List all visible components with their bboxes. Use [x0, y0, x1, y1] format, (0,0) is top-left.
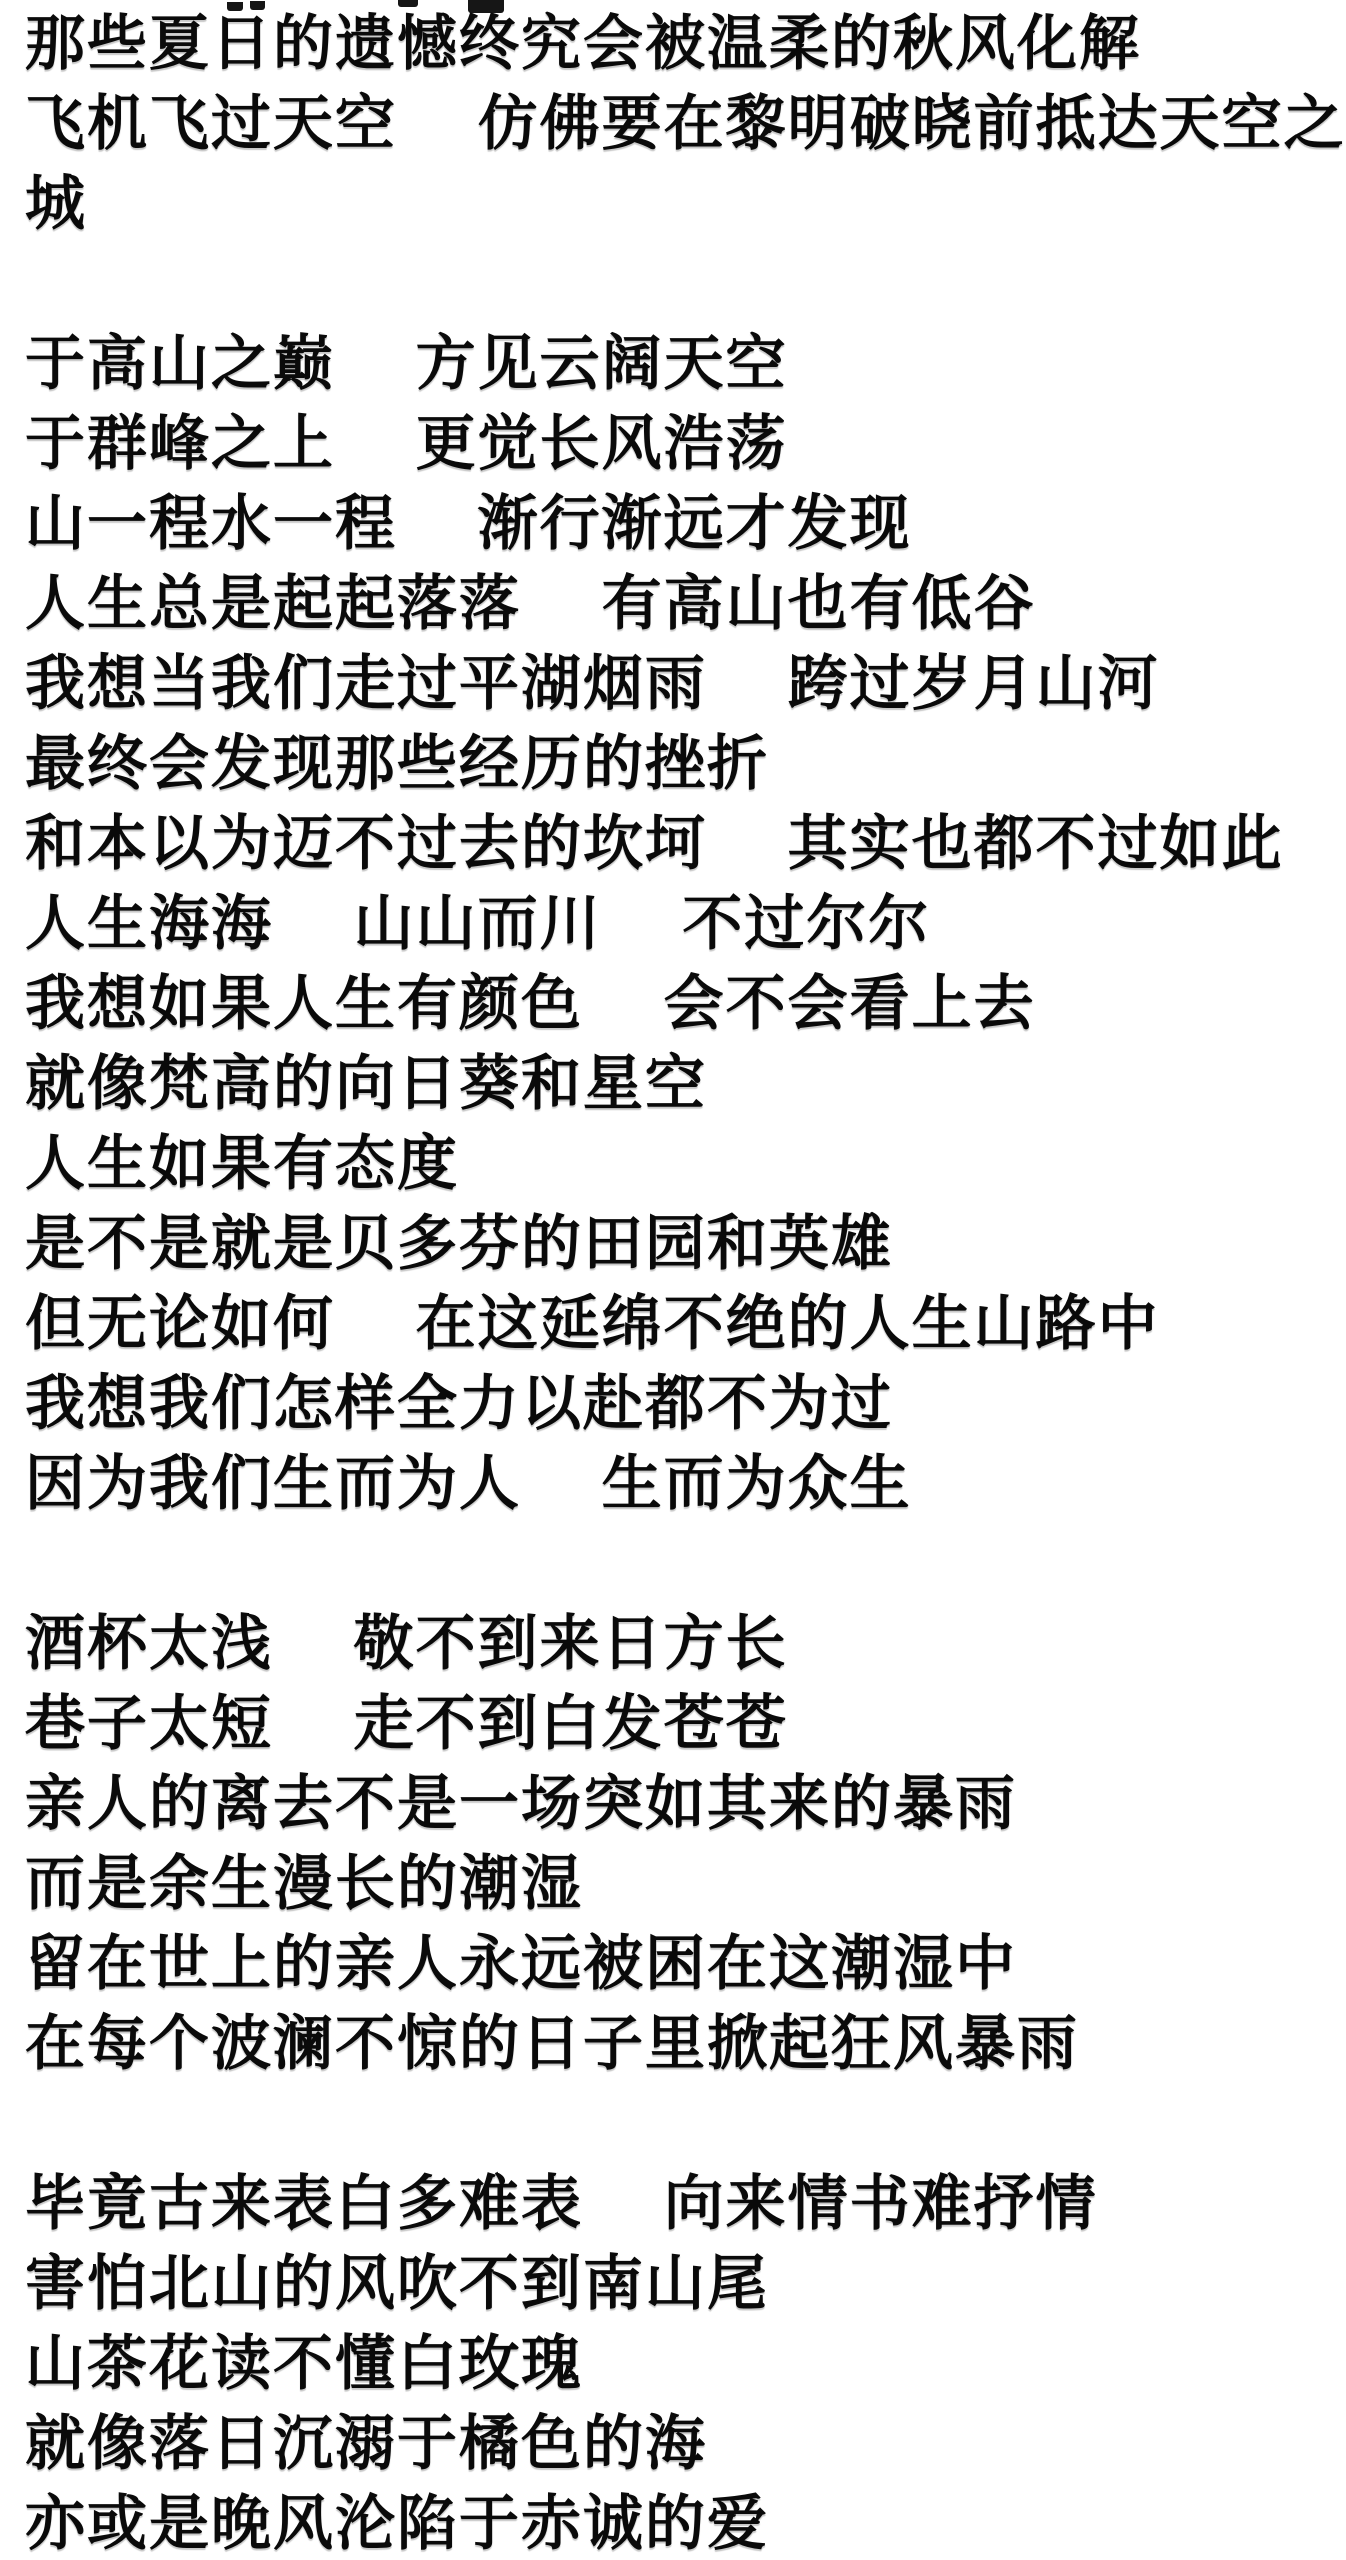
lyric-line: 飞机飞过天空 仿佛要在黎明破晓前抵达天空之 — [25, 84, 1346, 164]
lyric-line: 在每个波澜不惊的日子里掀起狂风暴雨 — [25, 2004, 1346, 2084]
lyric-line: 就像落日沉溺于橘色的海 — [25, 2404, 1346, 2484]
lyric-line: 我想我们怎样全力以赴都不为过 — [25, 1364, 1346, 1444]
lyric-line: 亲人的离去不是一场突如其来的暴雨 — [25, 1764, 1346, 1844]
lyric-line: 但无论如何 在这延绵不绝的人生山路中 — [25, 1284, 1346, 1364]
lyric-line: 巷子太短 走不到白发苍苍 — [25, 1684, 1346, 1764]
lyric-line: 和本以为迈不过去的坎坷 其实也都不过如此 — [25, 804, 1346, 884]
lyric-line: 城 — [25, 164, 1346, 244]
lyric-line: 人生如果有态度 — [25, 1124, 1346, 1204]
lyric-line: 人生总是起起落落 有高山也有低谷 — [25, 564, 1346, 644]
stanza: 那些夏日的遗憾终究会被温柔的秋风化解飞机飞过天空 仿佛要在黎明破晓前抵达天空之城 — [25, 4, 1346, 244]
lyric-line: 山一程水一程 渐行渐远才发现 — [25, 484, 1346, 564]
lyric-line: 最终会发现那些经历的挫折 — [25, 724, 1346, 804]
lyric-line: 我想当我们走过平湖烟雨 跨过岁月山河 — [25, 644, 1346, 724]
lyric-line: 因为我们生而为人 生而为众生 — [25, 1444, 1346, 1524]
lyric-line: 亦或是晚风沦陷于赤诚的爱 — [25, 2484, 1346, 2560]
lyric-line: 害怕北山的风吹不到南山尾 — [25, 2244, 1346, 2324]
lyric-line: 是不是就是贝多芬的田园和英雄 — [25, 1204, 1346, 1284]
lyric-line: 毕竟古来表白多难表 向来情书难抒情 — [25, 2164, 1346, 2244]
stanza: 酒杯太浅 敬不到来日方长巷子太短 走不到白发苍苍亲人的离去不是一场突如其来的暴雨… — [25, 1604, 1346, 2084]
lyrics-page: 那些夏日的遗憾终究会被温柔的秋风化解飞机飞过天空 仿佛要在黎明破晓前抵达天空之城… — [0, 0, 1346, 2560]
stanza: 毕竟古来表白多难表 向来情书难抒情害怕北山的风吹不到南山尾山茶花读不懂白玫瑰就像… — [25, 2164, 1346, 2560]
lyric-line: 那些夏日的遗憾终究会被温柔的秋风化解 — [25, 4, 1346, 84]
stanza: 于高山之巅 方见云阔天空于群峰之上 更觉长风浩荡山一程水一程 渐行渐远才发现人生… — [25, 324, 1346, 1524]
lyric-line: 于高山之巅 方见云阔天空 — [25, 324, 1346, 404]
lyric-line: 于群峰之上 更觉长风浩荡 — [25, 404, 1346, 484]
lyrics-text: 那些夏日的遗憾终究会被温柔的秋风化解飞机飞过天空 仿佛要在黎明破晓前抵达天空之城… — [25, 4, 1346, 2560]
lyric-line: 山茶花读不懂白玫瑰 — [25, 2324, 1346, 2404]
lyric-line: 酒杯太浅 敬不到来日方长 — [25, 1604, 1346, 1684]
lyric-line: 我想如果人生有颜色 会不会看上去 — [25, 964, 1346, 1044]
lyric-line: 人生海海 山山而川 不过尔尔 — [25, 884, 1346, 964]
lyric-line: 留在世上的亲人永远被困在这潮湿中 — [25, 1924, 1346, 2004]
lyric-line: 就像梵高的向日葵和星空 — [25, 1044, 1346, 1124]
lyric-line: 而是余生漫长的潮湿 — [25, 1844, 1346, 1924]
